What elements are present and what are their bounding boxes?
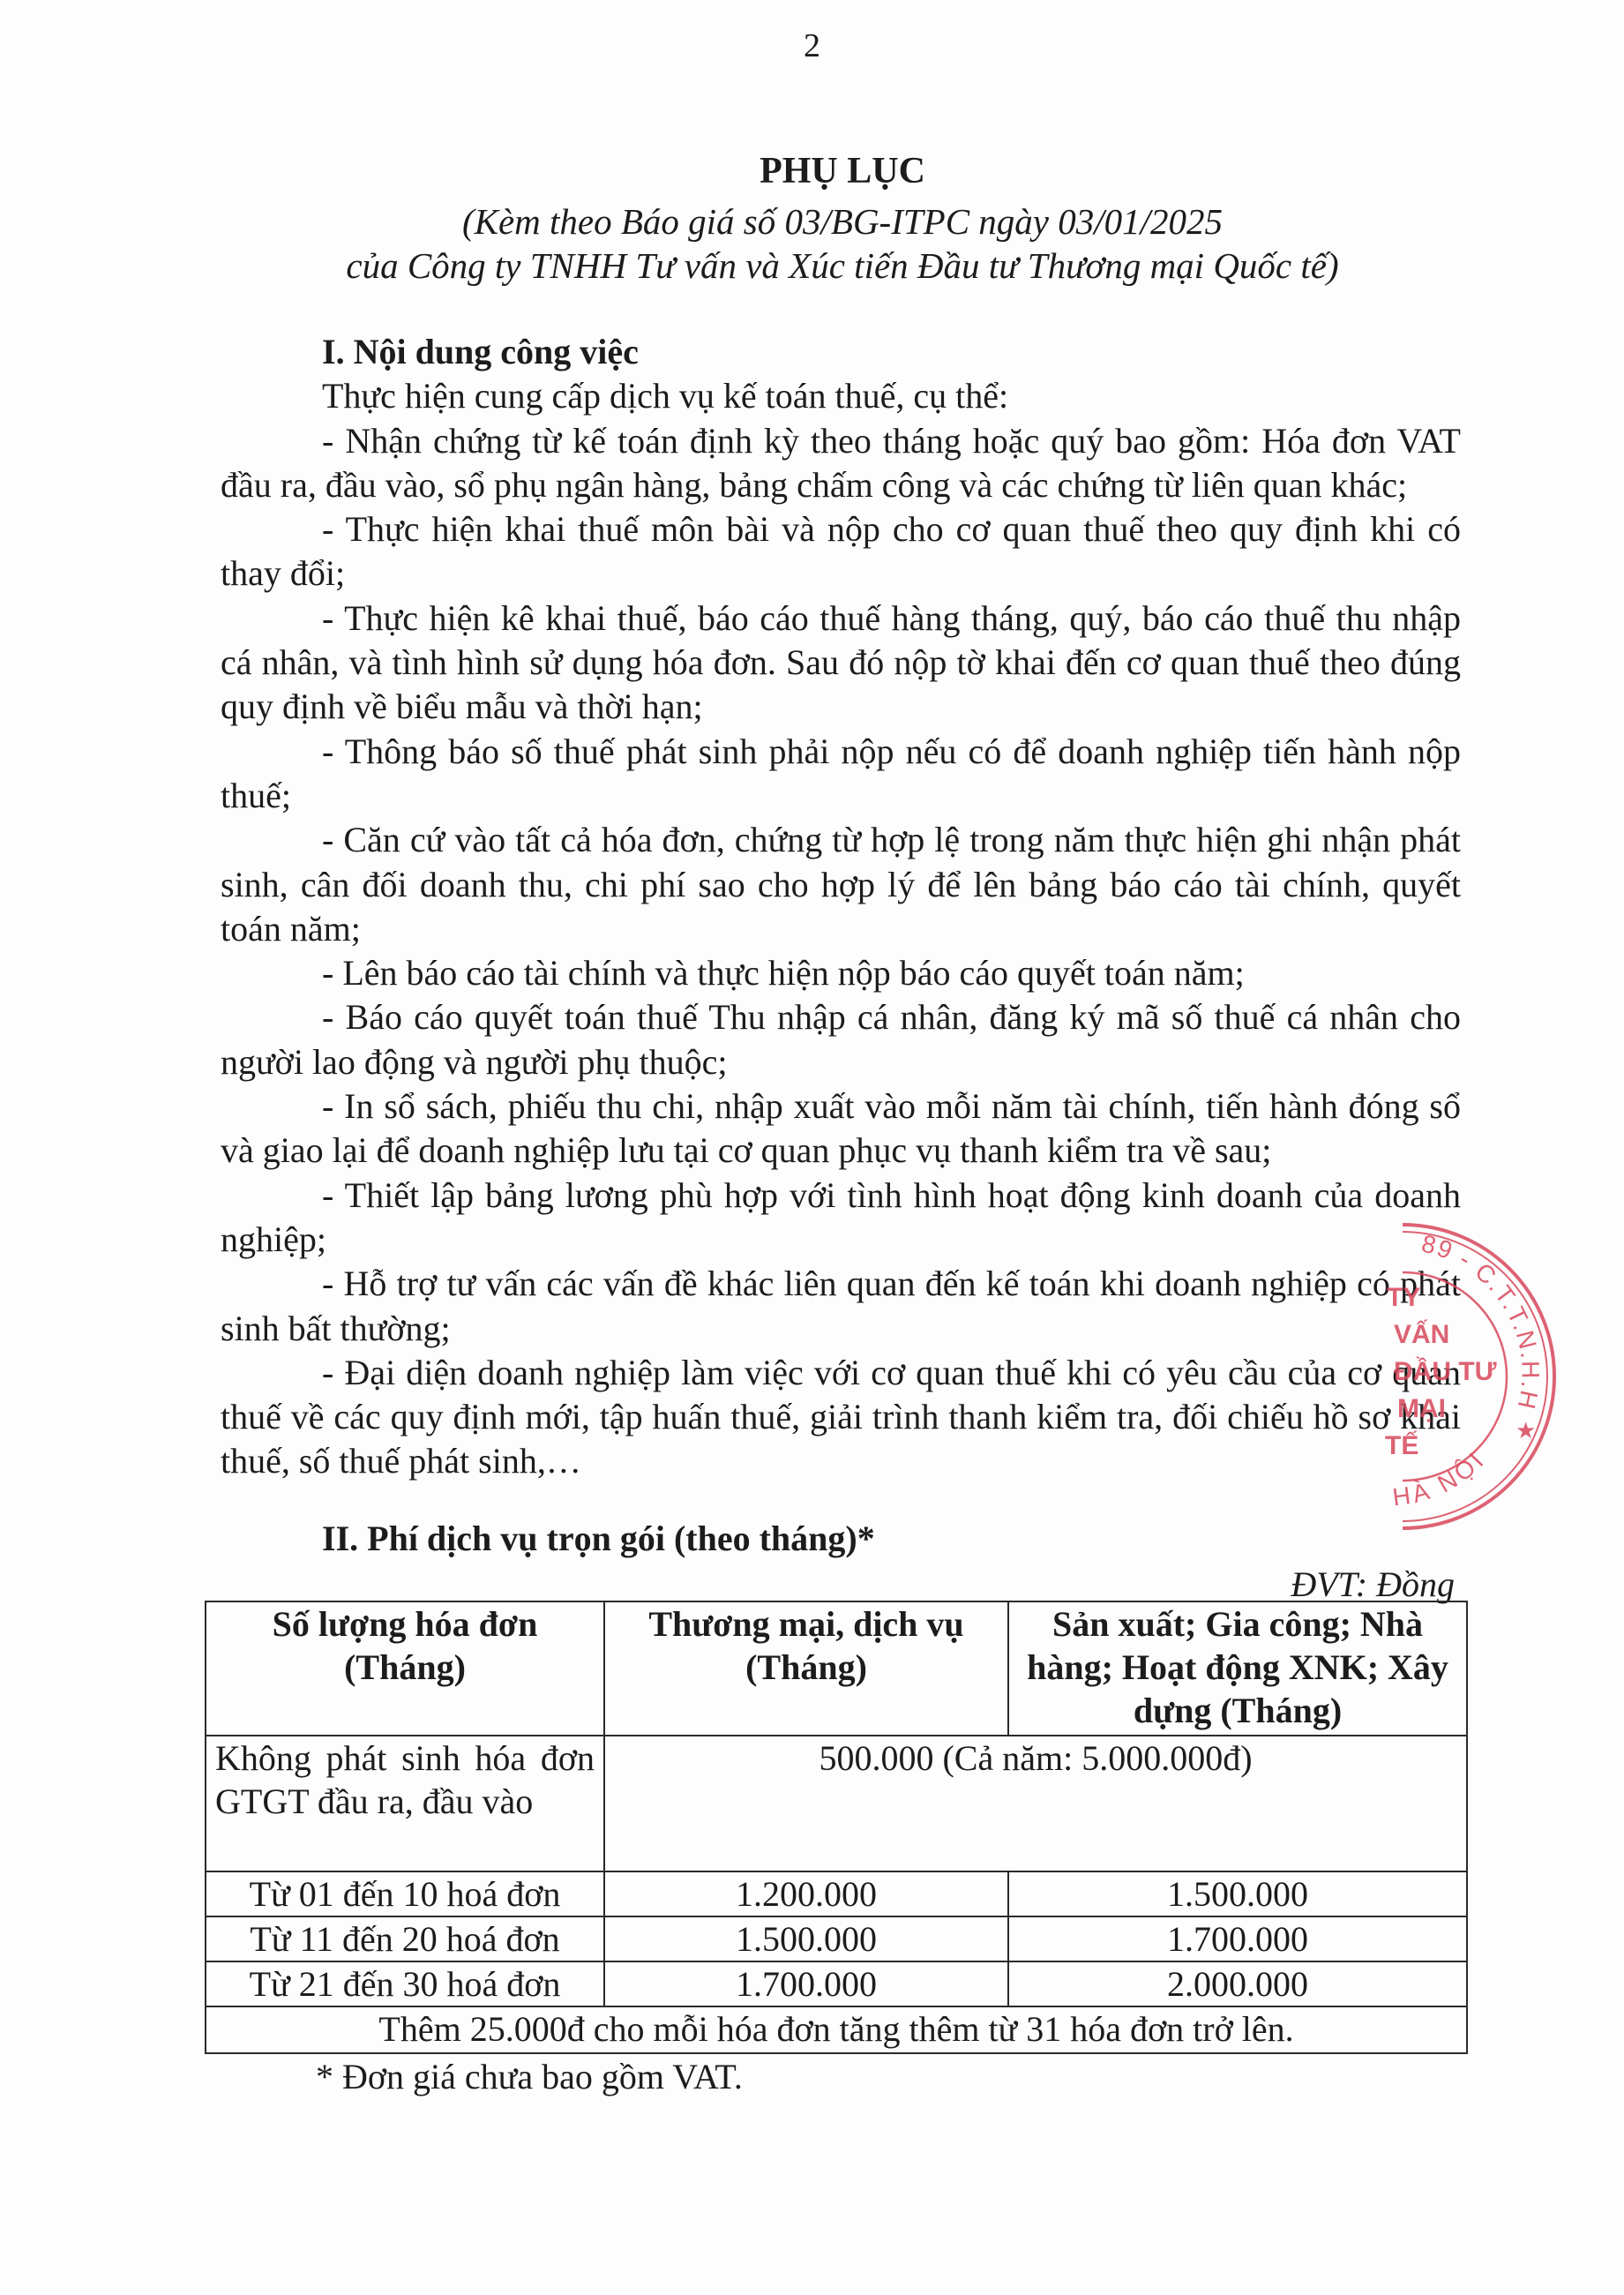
row-value-commerce: 1.200.000 [604, 1871, 1008, 1916]
table-row: Từ 21 đến 30 hoá đơn 1.700.000 2.000.000 [206, 1961, 1467, 2006]
row-value-commerce: 1.500.000 [604, 1916, 1008, 1961]
section1-content: I. Nội dung công việc Thực hiện cung cấp… [221, 330, 1461, 1484]
task-item: - Thiết lập bảng lương phù hợp với tình … [221, 1174, 1461, 1263]
table-row: Từ 11 đến 20 hoá đơn 1.500.000 1.700.000 [206, 1916, 1467, 1961]
currency-unit-label: ĐVT: Đồng [1291, 1564, 1455, 1605]
vat-note: * Đơn giá chưa bao gồm VAT. [316, 2056, 743, 2097]
section1-intro: Thực hiện cung cấp dịch vụ kế toán thuế,… [221, 374, 1461, 418]
task-item: - Thực hiện kê khai thuế, báo cáo thuế h… [221, 596, 1461, 730]
task-item: - Căn cứ vào tất cả hóa đơn, chứng từ hợ… [221, 818, 1461, 951]
row-value-production: 2.000.000 [1008, 1961, 1467, 2006]
task-item: - Lên báo cáo tài chính và thực hiện nộp… [221, 951, 1461, 995]
document-subtitle-line2: của Công ty TNHH Tư vấn và Xúc tiến Đầu … [0, 244, 1624, 288]
table-header-row: Số lượng hóa đơn (Tháng) Thương mại, dịc… [206, 1601, 1467, 1736]
task-item: - In sổ sách, phiếu thu chi, nhập xuất v… [221, 1084, 1461, 1174]
table-footer-row: Thêm 25.000đ cho mỗi hóa đơn tăng thêm t… [206, 2006, 1467, 2053]
task-item: - Đại diện doanh nghiệp làm việc với cơ … [221, 1351, 1461, 1484]
row-value-commerce: 1.700.000 [604, 1961, 1008, 2006]
header-production-construction: Sản xuất; Gia công; Nhà hàng; Hoạt động … [1008, 1601, 1467, 1736]
document-subtitle-line1: (Kèm theo Báo giá số 03/BG-ITPC ngày 03/… [0, 199, 1624, 244]
section1-heading: I. Nội dung công việc [221, 330, 1461, 374]
section2-heading: II. Phí dịch vụ trọn gói (theo tháng)* [322, 1518, 875, 1559]
row-value-merged: 500.000 (Cả năm: 5.000.000đ) [604, 1736, 1467, 1871]
task-item: - Nhận chứng từ kế toán định kỳ theo thá… [221, 419, 1461, 508]
header-invoice-count: Số lượng hóa đơn (Tháng) [206, 1601, 604, 1736]
task-item: - Báo cáo quyết toán thuế Thu nhập cá nh… [221, 995, 1461, 1084]
task-item: - Hỗ trợ tư vấn các vấn đề khác liên qua… [221, 1262, 1461, 1351]
task-item: - Thực hiện khai thuế môn bài và nộp cho… [221, 507, 1461, 596]
svg-text:★: ★ [1515, 1418, 1536, 1444]
row-value-production: 1.500.000 [1008, 1871, 1467, 1916]
table-row: Không phát sinh hóa đơn GTGT đầu ra, đầu… [206, 1736, 1467, 1871]
task-item: - Thông báo số thuế phát sinh phải nộp n… [221, 730, 1461, 819]
page-number: 2 [0, 26, 1624, 65]
extra-invoice-fee-note: Thêm 25.000đ cho mỗi hóa đơn tăng thêm t… [206, 2006, 1467, 2053]
row-label: Từ 11 đến 20 hoá đơn [206, 1916, 604, 1961]
row-label: Không phát sinh hóa đơn GTGT đầu ra, đầu… [206, 1736, 604, 1871]
row-value-production: 1.700.000 [1008, 1916, 1467, 1961]
document-title: PHỤ LỤC [0, 150, 1624, 192]
row-label: Từ 01 đến 10 hoá đơn [206, 1871, 604, 1916]
table-row: Từ 01 đến 10 hoá đơn 1.200.000 1.500.000 [206, 1871, 1467, 1916]
header-commerce-services: Thương mại, dịch vụ (Tháng) [604, 1601, 1008, 1736]
row-label: Từ 21 đến 30 hoá đơn [206, 1961, 604, 2006]
service-fee-table: Số lượng hóa đơn (Tháng) Thương mại, dịc… [205, 1601, 1468, 2054]
